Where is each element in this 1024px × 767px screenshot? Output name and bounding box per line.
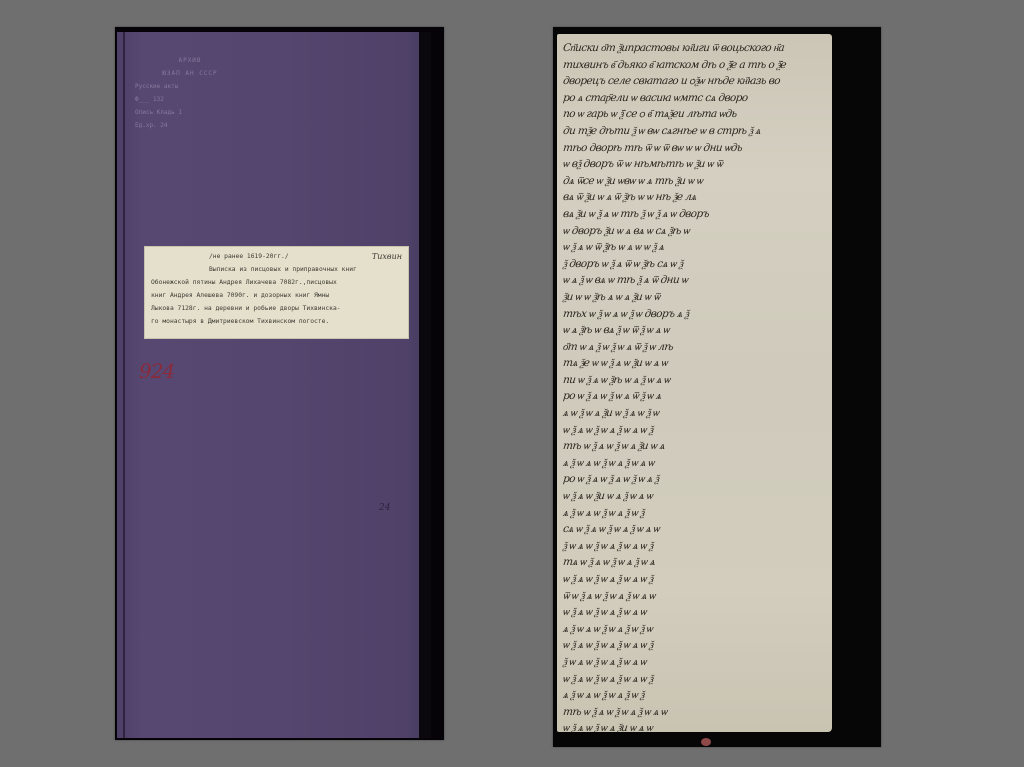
typed-label-card: /не ранее 1619-20гг./ Тихвин Выписка из … [144, 246, 409, 339]
manuscript-line: ѧ ѯ ѡ ѧ ѡ ѯ ѡ ѧ ѯ ѡ ѯ [562, 687, 829, 704]
folder-spine [419, 32, 431, 738]
manuscript-line: ѧ ѯ ѡ ѧ ѡ ѯ ѡ ѧ ѯ ѡ ѧ ѡ [562, 455, 829, 472]
stamp-line: Ед.хр. 24 [135, 119, 245, 132]
label-line: книг Андрея Алешева 7090г. и дозорных кн… [151, 289, 402, 302]
manuscript-line: ѡ ѯ ѧ ѡ ѯ ѡ ѧ ѯ ѡ ѧ ѡ ѯ [562, 422, 829, 439]
stamp-line: Ф___ 132 [135, 93, 245, 106]
manuscript-text: Сп҃иски о҃т ѯипрастовы кн҃иги ѿ воцьског… [563, 40, 828, 732]
manuscript-line: ѧ ѯ ѡ ѧ ѡ ѯ ѡ ѧ ѯ ѡ ѯ [562, 505, 829, 522]
manuscript-line: ѡ ѯ ѧ ѡ ѯи ѡ ѧ ѯ ѡ ѧ ѡ [562, 488, 829, 505]
red-seal-mark [701, 738, 711, 746]
inventory-number: 924 [139, 359, 174, 383]
manuscript-line: ѧ ѯ ѡ ѧ ѡ ѯ ѡ ѧ ѯ ѡ ѯ ѡ [562, 621, 829, 638]
manuscript-line: по ѡ гарь ѡ ѯ҃ се ѻ в҃ тѧѯеи лѣта ѡдь [562, 106, 829, 123]
manuscript-line: ѡ ѯ ѧ ѡ ѯ ѡ ѧ ѯ ѡ ѧ ѡ ѯ [562, 571, 829, 588]
manuscript-line: ѡ ѧ ѯ ѡ вѧ ѡ тѣ ѯ ѧ ѿ дни ѡ [562, 272, 829, 289]
pencil-mark: 24 [379, 503, 390, 513]
manuscript-line: ѡ ѯ ѧ ѡ ѿ ѯѣ ѡ ѧ ѡ ѡ ѯ ѧ [562, 239, 829, 256]
stamp-line: Опись Кладь 1 [135, 106, 245, 119]
stamp-line: ЮЗАП АН СССР [135, 67, 245, 80]
label-line: го монастыря в Дмитриевском Тихвинском п… [151, 315, 402, 328]
manuscript-line: ѡ вѯ дворъ ѿ ѡ нѣмѣтѣ ѡ ѯи ѡ ѿ [562, 156, 829, 173]
archive-stamp: АРХИВ ЮЗАП АН СССР Русские акты Ф___ 132… [135, 54, 245, 132]
folder-cover-photo: АРХИВ ЮЗАП АН СССР Русские акты Ф___ 132… [115, 27, 444, 740]
manuscript-line: сѧ ѡ ѯ ѧ ѡ ѯ ѡ ѧ ѯ ѡ ѧ ѡ [562, 521, 829, 538]
manuscript-line: ѡ ѯ ѧ ѡ ѯ ѡ ѧ ѯи ѡ ѧ ѡ [562, 720, 829, 732]
stamp-line: АРХИВ [135, 54, 245, 67]
manuscript-line: вѧ ѯи ѡ ѯ ѧ ѡ тѣ ѯ ѡ ѯ ѧ ѡ дворъ [562, 206, 829, 223]
label-line: Обонежской пятины Андрея Лихачева 7082г.… [151, 276, 402, 289]
manuscript-line: ро ѧ стар҃ели ѡ васиꙗ ѡмтс сѧ дворо [562, 90, 829, 107]
manuscript-line: пи ѡ ѯ ѧ ѡ ѯѣ ѡ ѧ ѯ ѡ ѧ ѡ [562, 372, 829, 389]
manuscript-line: ѡ ѯ ѧ ѡ ѯ ѡ ѧ ѯ ѡ ѧ ѡ ѯ [562, 671, 829, 688]
manuscript-line: тихвинъ в҃ дьяко в҃ ꙗтском дѣ о ѯ҃е а тѣ… [562, 57, 829, 74]
manuscript-line: ѡ дворъ ѯи ѡ ѧ вѧ ѡ сѧ ѯѣ ѡ [562, 223, 829, 240]
manuscript-line: тѣ ѡ ѯ ѧ ѡ ѯ ѡ ѧ ѯ ѡ ѧ ѡ [562, 704, 829, 721]
manuscript-line: ди тѯе дѣти ѯ ѡ вѡ сѧгнѣе ѡ в стрѣ ѯ ѧ [562, 123, 829, 140]
manuscript-line: ѡ ѧ ѯѣ ѡ вѧ ѯ ѡ ѿ ѯ ѡ ѧ ѡ [562, 322, 829, 339]
manuscript-line: дворецъ селе свꙗтаго и ѻѯѡ нѣде кн҃ꙗзь в… [562, 73, 829, 90]
manuscript-line: о҃т ѡ ѧ ѯ ѡ ѯ ѡ ѧ ѿ ѯ ѡ лѣ [562, 339, 829, 356]
manuscript-photo: Сп҃иски о҃т ѯипрастовы кн҃иги ѿ воцьског… [553, 27, 881, 747]
manuscript-line: ѯ ѡ ѧ ѡ ѯ ѡ ѧ ѯ ѡ ѧ ѡ ѯ [562, 538, 829, 555]
manuscript-line: дѧ ѿсе ѡ ѯи ѡвѡ ѡ ѧ тѣ ѯи ѡ ѡ [562, 173, 829, 190]
label-line: Лыкова 7128г. на деревни и робьие дворы … [151, 302, 402, 315]
manuscript-line: тѣ ѡ ѯ ѧ ѡ ѯ ѡ ѧ ѯи ѡ ѧ [562, 438, 829, 455]
archival-folder: АРХИВ ЮЗАП АН СССР Русские акты Ф___ 132… [117, 32, 431, 738]
manuscript-line: тѧ ѡ ѯ ѧ ѡ ѯ ѡ ѧ ѯ ѡ ѧ [562, 554, 829, 571]
manuscript-line: ѯ ѡ ѧ ѡ ѯ ѡ ѧ ѯ ѡ ѧ ѡ [562, 654, 829, 671]
label-date: /не ранее 1619-20гг./ [209, 250, 289, 263]
manuscript-line: тѣх ѡ ѯ ѡ ѧ ѡ ѯ ѡ дворъ ѧ ѯ [562, 306, 829, 323]
manuscript-line: ѯи ѡ ѡ ѯѣ ѧ ѡ ѧ ѯи ѡ ѿ [562, 289, 829, 306]
manuscript-line: тѧ ѯе ѡ ѡ ѯ ѧ ѡ ѯи ѡ ѧ ѡ [562, 355, 829, 372]
manuscript-line: ѧ ѡ ѯ ѡ ѧ ѯи ѡ ѯ ѧ ѡ ѯ ѡ [562, 405, 829, 422]
manuscript-page: Сп҃иски о҃т ѯипрастовы кн҃иги ѿ воцьског… [557, 34, 832, 732]
manuscript-line: ро ѡ ѯ ѧ ѡ ѯ ѧ ѡ ѯ ѡ ѧ ѯ [562, 471, 829, 488]
manuscript-line: Сп҃иски о҃т ѯипрастовы кн҃иги ѿ воцьског… [562, 40, 829, 57]
manuscript-line: ѯ дворъ ѡ ѯ ѧ ѿ ѡ ѯѣ сѧ ѡ ѯ [562, 256, 829, 273]
label-signature: Тихвин [372, 250, 402, 263]
manuscript-line: тѣо дворѣ тѣ ѿ ѡ ѿ вѡ ѡ ѡ дни ѡдь [562, 140, 829, 157]
manuscript-line: ѡ ѯ ѧ ѡ ѯ ѡ ѧ ѯ ѡ ѧ ѡ ѯ [562, 637, 829, 654]
manuscript-line: ѿ ѡ ѯ ѧ ѡ ѯ ѡ ѧ ѯ ѡ ѧ ѡ [562, 588, 829, 605]
manuscript-line: вѧ ѿ ѯи ѡ ѧ ѿ ѯѣ ѡ ѡ нѣ ѯе лѧ [562, 189, 829, 206]
stamp-line: Русские акты [135, 80, 245, 93]
manuscript-line: ѡ ѯ ѧ ѡ ѯ ѡ ѧ ѯ ѡ ѧ ѡ [562, 604, 829, 621]
manuscript-line: ро ѡ ѯ ѧ ѡ ѯ ѡ ѧ ѿ ѯ ѡ ѧ [562, 388, 829, 405]
label-line: Выписка из писцовых и приправочных книг [151, 263, 402, 276]
